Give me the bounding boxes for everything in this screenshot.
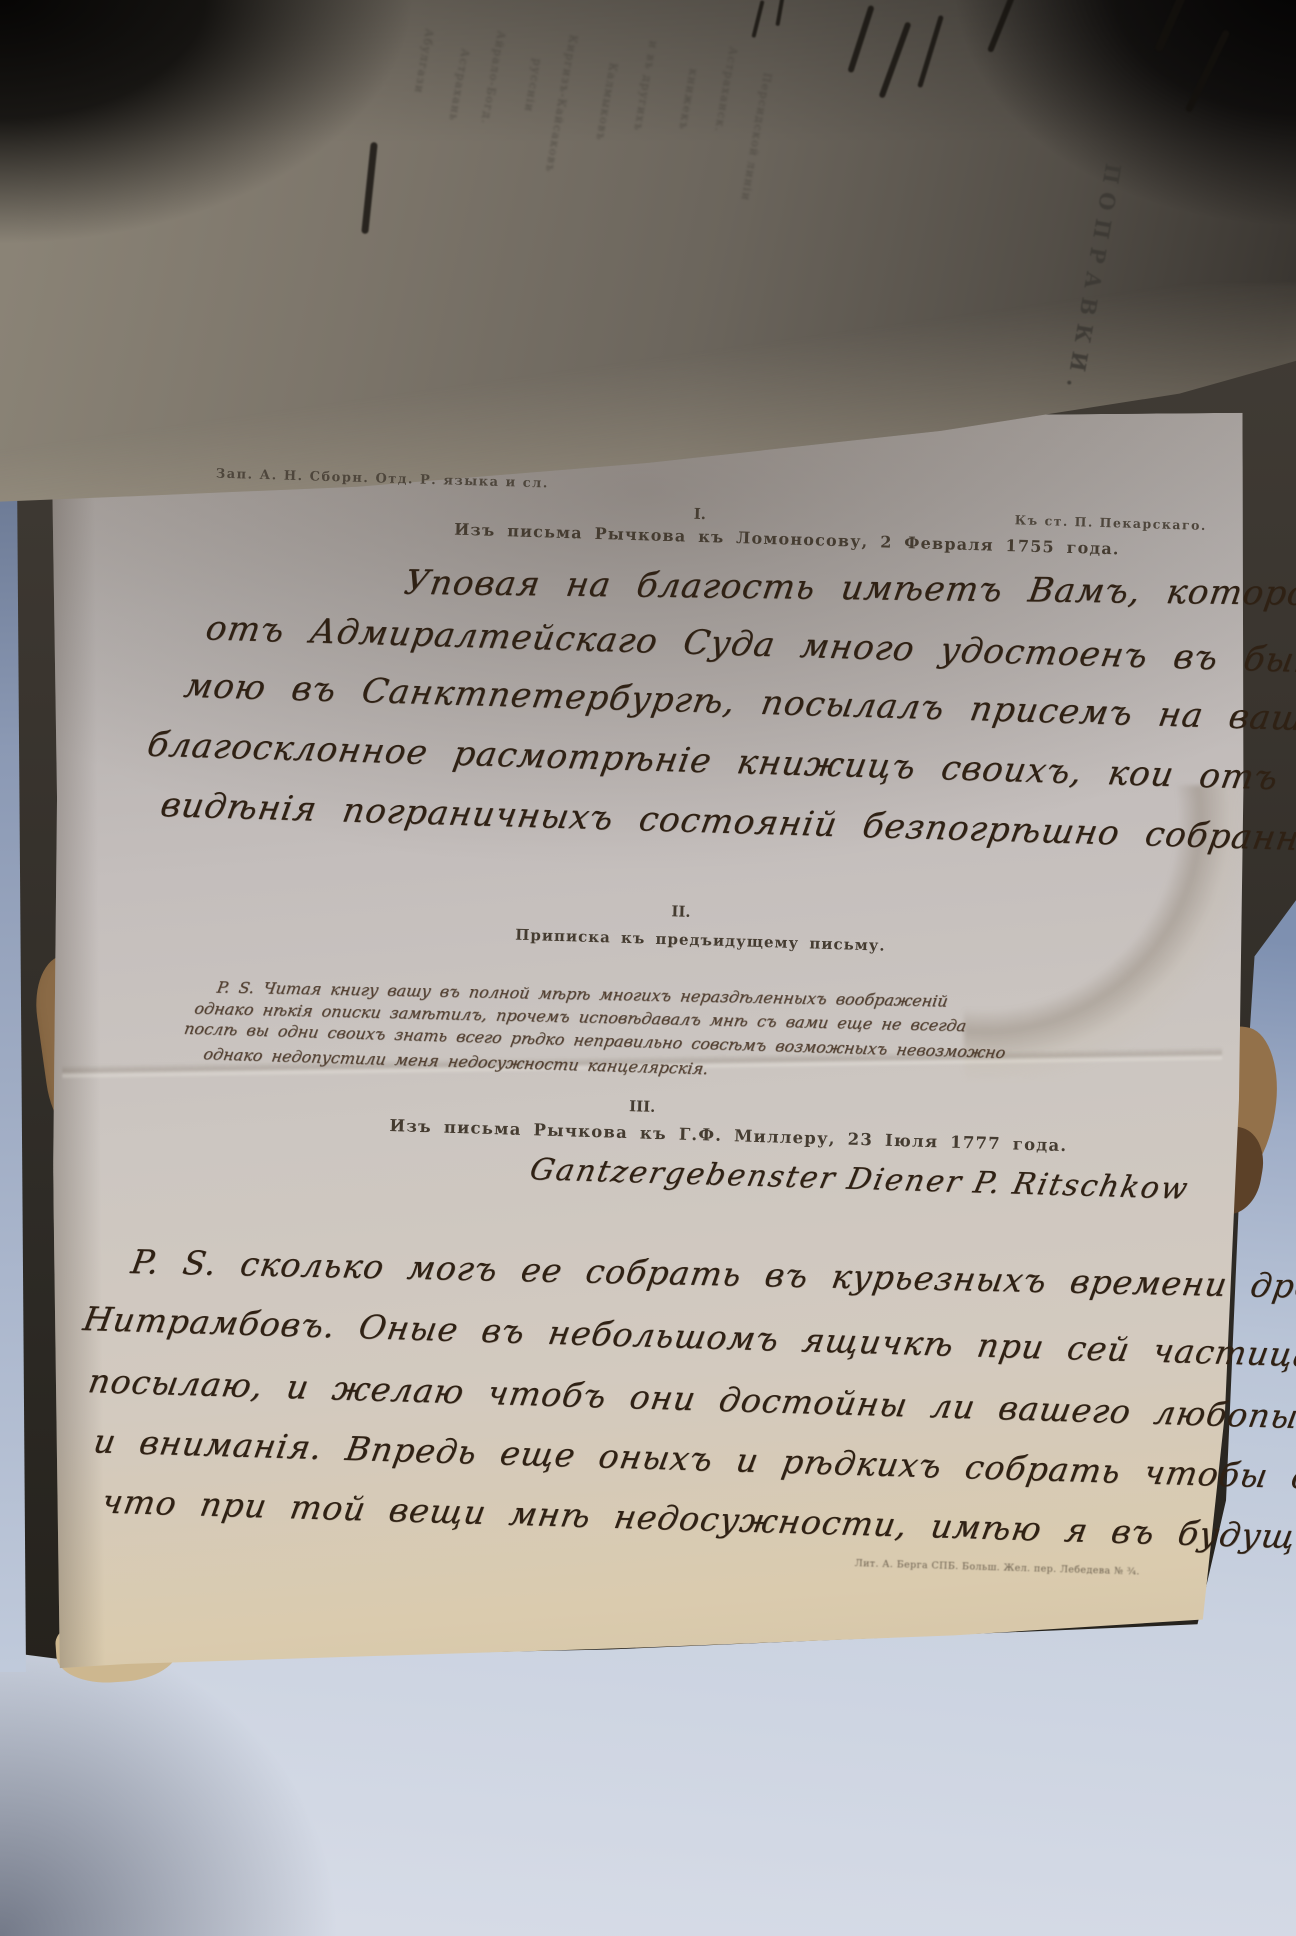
errata-fragment: Астрахань — [446, 48, 472, 123]
section2-heading: Приписка къ предъидущему письму. — [515, 926, 886, 955]
errata-fragment: руссніи — [522, 58, 544, 114]
errata-fragment: и въ другихъ — [631, 40, 660, 133]
section3-heading: Изъ письма Рычкова къ Г.Ф. Миллеру, 23 І… — [389, 1116, 1067, 1155]
section1-numeral: I. — [665, 504, 736, 524]
handwriting-line: Уповая на благость имѣетъ Вамъ, которою … — [401, 563, 1296, 615]
handwriting-line: что при той вещи мнѣ недосужности, имѣю … — [99, 1482, 1296, 1558]
handwriting-line: P. S. сколько могъ ее собрать въ курьезн… — [129, 1242, 1296, 1308]
handwriting-line: видѣнія пограничныхъ состояній безпогрѣш… — [158, 785, 1296, 861]
errata-columns: Абулгази Астрахань Айрало-Богд. руссніи … — [418, 18, 848, 348]
errata-fragment: Абулгази — [412, 28, 436, 95]
imprint-line: Лит. А. Берга СПБ. Больш. Жел. пер. Лебе… — [855, 1558, 1140, 1577]
running-head-right: Къ ст. П. Пекарскаго. — [1015, 512, 1207, 533]
errata-fragment: Астраханск. — [712, 46, 740, 134]
page-content: Зап. А. Н. Сборн. Отд. Р. языка и сл. Къ… — [27, 432, 1242, 1656]
ink-smudge — [1185, 29, 1231, 113]
errata-fragment: Айрало-Богд. — [479, 30, 508, 126]
ink-smudge — [1154, 0, 1190, 53]
running-head-left: Зап. А. Н. Сборн. Отд. Р. языка и сл. — [216, 467, 549, 492]
errata-fragment: Киргизъ-Кайсаковъ — [543, 34, 580, 174]
errata-fragment: Персидской линіи — [739, 72, 774, 203]
ink-smudge — [879, 21, 912, 98]
errata-fragment: Калмыковъ — [593, 62, 620, 143]
ink-smudge — [987, 0, 1015, 53]
ink-smudge — [917, 15, 944, 88]
ink-smudge — [847, 5, 874, 73]
handwriting-line: мою въ Санктпетербургѣ, посылалъ присемъ… — [181, 666, 1296, 740]
book-photograph: ПОПРАВКИ. Абулгази Астрахань Айрало-Богд… — [0, 0, 1296, 1936]
ink-smudge — [361, 142, 378, 234]
section3-numeral: III. — [607, 1096, 678, 1116]
signature-line: Gantzergebenster Diener P. Ritschkow — [527, 1152, 1193, 1206]
section2-numeral: II. — [646, 902, 717, 922]
errata-fragment: книжекъ — [676, 68, 700, 132]
